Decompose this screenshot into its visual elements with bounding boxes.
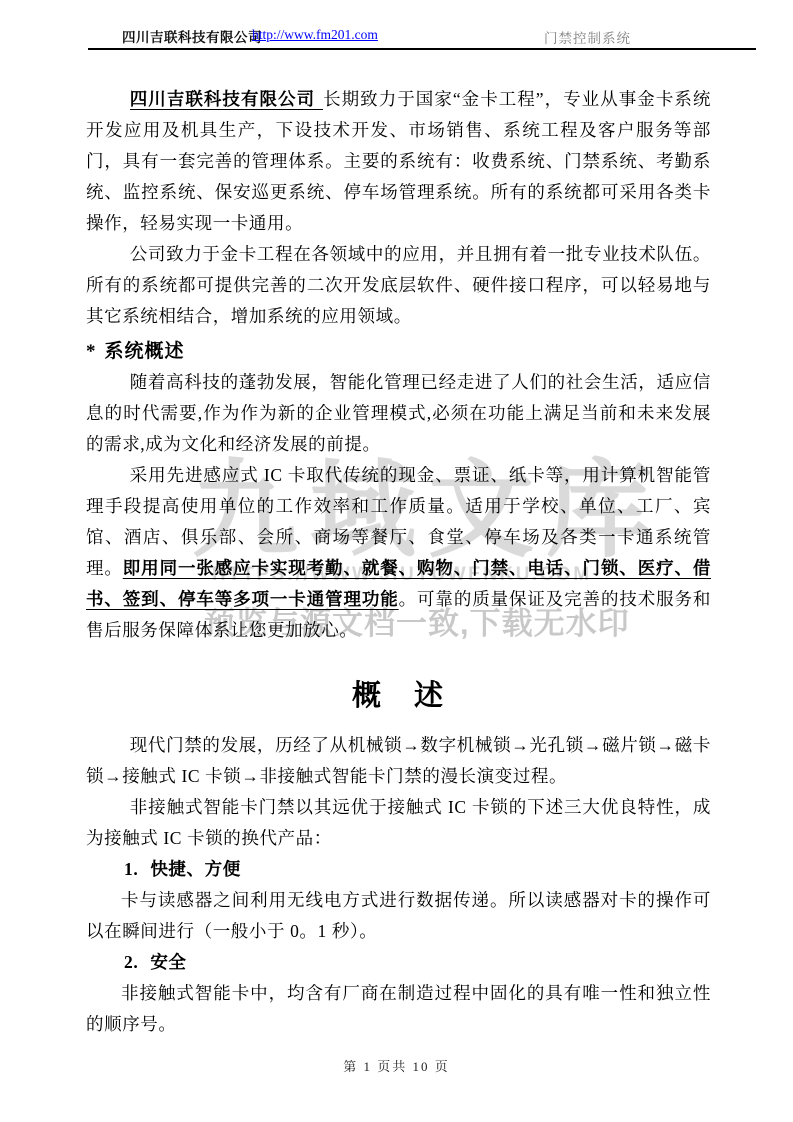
feature-item-1-heading: 1.快捷、方便	[124, 854, 711, 885]
intro-paragraph-2: 公司致力于金卡工程在各领域中的应用，并且拥有着一批专业技术队伍。所有的系统都可提…	[86, 239, 711, 332]
page-number-indicator: 第 1 页共 10 页	[343, 1059, 450, 1074]
feature-item-1-body: 卡与读感器之间利用无线电方式进行数据传递。所以读感器对卡的操作可以在瞬间进行（一…	[86, 885, 711, 947]
feature-item-2-heading: 2.安全	[124, 947, 711, 978]
document-body: 四川吉联科技有限公司长期致力于国家“金卡工程”，专业从事金卡系统开发应用及机具生…	[0, 0, 793, 1040]
intro-paragraph-1-text: 长期致力于国家“金卡工程”，专业从事金卡系统开发应用及机具生产，下设技术开发、市…	[86, 89, 711, 233]
overview-paragraph-1: 随着高科技的蓬勃发展，智能化管理已经走进了人们的社会生活，适应信息的时代需要,作…	[86, 367, 711, 460]
section-heading-label: 系统概述	[105, 341, 185, 362]
section-heading-system-overview: *系统概述	[86, 336, 711, 367]
company-name-emphasis: 四川吉联科技有限公司	[130, 89, 323, 110]
intro-paragraph-1: 四川吉联科技有限公司长期致力于国家“金卡工程”，专业从事金卡系统开发应用及机具生…	[86, 84, 711, 239]
chapter-title-overview: 概 述	[86, 676, 711, 716]
document-page: 九域文库 HTTPS://WWW.JIUYUWENKU.COM 预览与源文档一致…	[0, 0, 793, 1122]
feature-item-2-body: 非接触式智能卡中，均含有厂商在制造过程中固化的具有唯一性和独立性的顺序号。	[86, 978, 711, 1040]
feature-item-2-number: 2.	[124, 952, 138, 972]
overview-paragraph-2: 采用先进感应式 IC 卡取代传统的现金、票证、纸卡等，用计算机智能管理手段提高使…	[86, 460, 711, 646]
feature-item-2-title: 安全	[150, 952, 186, 972]
summary-paragraph-1: 现代门禁的发展，历经了从机械锁→数字机械锁→光孔锁→磁片锁→磁卡锁→接触式 IC…	[86, 730, 711, 792]
page-footer: 第 1 页共 10 页	[0, 1056, 793, 1075]
feature-item-1-title: 快捷、方便	[150, 859, 241, 879]
feature-item-1-number: 1.	[124, 859, 138, 879]
heading-asterisk-marker: *	[86, 341, 97, 362]
summary-paragraph-2: 非接触式智能卡门禁以其远优于接触式 IC 卡锁的下述三大优良特性，成为接触式 I…	[86, 792, 711, 854]
